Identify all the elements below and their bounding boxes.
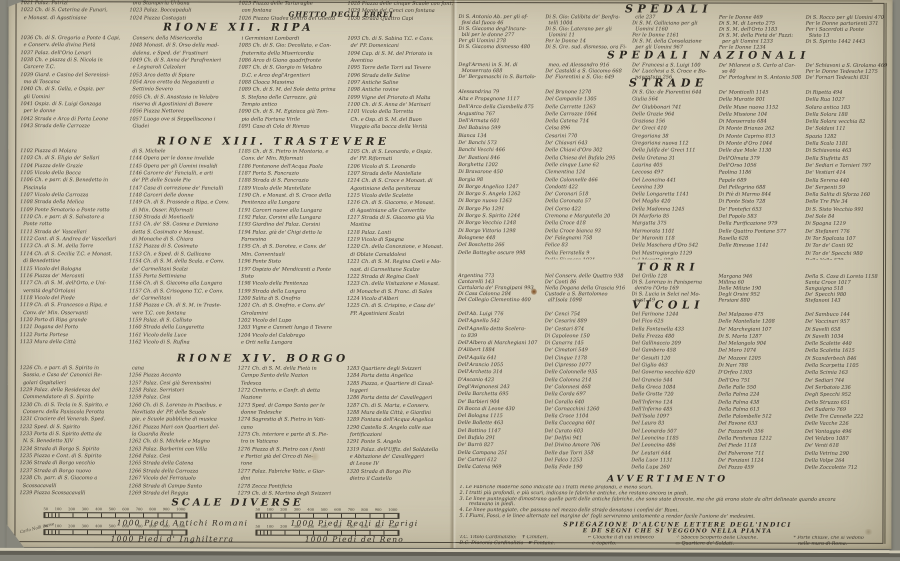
index-entry: 1203 Vigne e Canneti lungo il Tevere <box>238 325 347 333</box>
index-entry: Della Palma 224 <box>718 392 805 399</box>
index-column: De' Schiavoni a S. Girolamo 469Per le Do… <box>806 63 893 85</box>
index-entry: Penitenza alla Lungara <box>238 200 347 208</box>
index-entry: 1085 Ch. di S. Gio: Decollato, e Con- <box>238 43 347 51</box>
tick-label: 1000 <box>176 507 185 511</box>
index-entry: Delle Colonnelle 935 <box>545 370 632 377</box>
index-entry: 1278 Zecca Pontificia <box>238 483 347 491</box>
index-entry: e Orti nella Lungara <box>238 339 347 347</box>
index-entry: de' PP. Riformati <box>347 156 456 164</box>
index-entry: Del Collegio Clementino 400 <box>458 297 545 303</box>
index-column: Di S. Gio: de Fiorentini 644Giulia 564De… <box>632 89 719 259</box>
tick-label: 600 <box>122 507 129 511</box>
tick-label: 100 <box>55 507 62 511</box>
index-entry: 1056 Piazza Nettorea <box>129 109 238 117</box>
index-entry: Della Vetrina 290 <box>805 450 892 457</box>
index-entry: 1157 Ch. di S. Crisogono T.C. e Conv. <box>129 288 238 296</box>
index-entry: 1087 Ch. di S. Giorgio in Velabro <box>238 65 347 73</box>
index-entry: 1267 Vicolo del Ferraiuolo <box>129 475 238 483</box>
index-entry: Delle Grotte 720 <box>631 392 718 399</box>
section-title-torri: TORRI <box>568 261 768 273</box>
index-entry: De' Cesarini 889 <box>545 318 632 325</box>
index-entry: Celsa 896 <box>545 126 632 133</box>
tick-label: 200 <box>68 507 75 511</box>
index-entry: Del Mastrogiorgio 1129 <box>632 250 719 257</box>
index-entry: 1113 Ch. di S. M. della Torre <box>20 244 129 252</box>
tick-label: 500 <box>321 525 328 529</box>
index-column: 1226 Ch. e parr. di S. Spirito in Sassia… <box>20 365 129 501</box>
index-entry: N. S. Benedetto XIV <box>20 439 129 447</box>
index-column: Argentina 773Cantarelli 143Cartularia de… <box>458 273 545 303</box>
tick-label: 300 <box>82 524 89 528</box>
index-entry: 1197 Ospizio de' Mendicanti a Ponte <box>238 266 347 274</box>
spedali-columns: Di S. Antonio Ab. per gli of- fesi dal f… <box>458 14 894 51</box>
tick-label: 100 <box>267 525 274 529</box>
index-column: Per le Donne 469Di S. M. di Loreto 275Di… <box>719 15 806 51</box>
legend-line: D.C. Diaconia Cardinalizia ☛ Fontane. <box>459 541 587 547</box>
index-entry: nast. di Carmelitane Scalze <box>347 266 456 274</box>
index-entry: Del Pozzo 459 <box>718 465 805 472</box>
rione-ripa-columns: 1036 Ch. di S. Gregorio a Ponte 4 Capi, … <box>20 35 456 134</box>
index-entry: Delle Mantellate 1208 <box>718 319 805 326</box>
index-entry: de' Carmelitani Scalzi <box>129 266 238 274</box>
index-entry: Della Valle 579 <box>805 258 892 260</box>
index-entry: De' Barbieri 904 <box>458 399 545 406</box>
index-entry: Della Fontanella 433 <box>631 326 718 333</box>
index-entry: Della Palma 438 <box>718 399 805 406</box>
index-entry: Giulia 564 <box>632 97 719 104</box>
index-entry: Di Ponte Sisto 728 <box>719 199 806 206</box>
index-entry: Del Corallo 640 <box>545 399 632 406</box>
index-entry: De' Cimatori 549 <box>545 348 632 355</box>
tick-label: 300 <box>82 507 89 511</box>
index-entry: 1195 Ch. di S. Dorotea, e Conv. de' <box>238 244 347 252</box>
index-column: 1093 Ch. di S. Sabina T.C. e Conv. de' P… <box>347 36 456 134</box>
index-entry: 1199 Strada della Lungara <box>238 288 347 296</box>
index-entry: Delle Muse nuova 1152 <box>719 104 806 111</box>
index-entry: Della Fiumara 1031 <box>545 257 632 259</box>
index-entry: dietro il Castello <box>347 476 456 484</box>
tick-label: 300 <box>294 508 301 512</box>
tick-label: 200 <box>280 525 287 529</box>
index-entry: Paolina 1186 <box>719 170 806 177</box>
section-title-spedali-nazionali: SPEDALI NAZIONALI <box>568 49 848 62</box>
index-entry: 1198 Vicolo della Penitenza <box>238 281 347 289</box>
index-entry: vere T.C. con fontana <box>129 310 238 318</box>
index-entry: 1193 Giardino del Palaz. Corsini <box>238 222 347 230</box>
index-entry: Delle Rimesse 1141 <box>718 243 805 250</box>
index-entry: Degli Specchi 952 <box>805 392 892 399</box>
index-entry: De' Bergamaschi in S. Bartolo- <box>458 74 545 80</box>
index-entry: Della Fede 190 <box>544 464 631 471</box>
index-entry: Delle Chiavi d'Oro 302 <box>545 148 632 155</box>
index-entry: Di S. Spirito 1442 1443 <box>806 39 893 45</box>
index-entry: Nazione <box>238 395 347 403</box>
index-entry: Della Purificazione 979 <box>718 221 805 228</box>
index-column: Del Brunone 1270Del Campanile 1305Delle … <box>545 89 632 259</box>
index-entry: Viaggio alla bocca della Verità <box>347 124 456 132</box>
tick-label: 700 <box>136 524 143 528</box>
index-entry: 1108 Strada della Melica <box>20 200 129 208</box>
index-entry: 1106 Ch. e parr. di S. Benedetto in <box>20 177 129 185</box>
index-entry: Alta e Propagnone 1117 <box>458 96 545 103</box>
index-entry: Del Moretto 980 <box>632 257 719 259</box>
tick-label: 600 <box>122 524 129 528</box>
section-title-vicoli: VICOLI <box>568 298 768 311</box>
index-entry: Delle Botteghe oscure 998 <box>458 250 545 257</box>
index-entry: Carcere T.C. <box>20 64 129 72</box>
index-entry: 1256 Piazza Accanto <box>129 373 238 381</box>
index-entry: Scossacavalli <box>20 483 129 491</box>
index-entry: Della Barchetta 695 <box>458 391 545 398</box>
tick-label: 700 <box>348 508 355 512</box>
index-entry: Della Ferratella 9 <box>545 250 632 257</box>
legend-group-porte: * Porte chiuse, che si vedono nelle mura… <box>793 536 893 549</box>
index-entry: 1091 Casa di Cola di Rienzo <box>238 124 347 132</box>
index-entry: 1289 Fontana dell'Acqua Angelica <box>347 417 456 425</box>
index-entry: Marmorata 1101 <box>632 228 719 235</box>
tick-label: 900 <box>163 524 170 528</box>
tick-label: 600 <box>334 508 341 512</box>
index-entry: Settimio Severo <box>129 87 238 95</box>
index-entry: De' Fornari Tedeschi 831 <box>806 75 893 81</box>
index-entry: 1291 Ponte S. Angelo <box>347 439 456 447</box>
index-entry: Di Tor de' Specchi 980 <box>805 250 892 257</box>
index-column: 1021 Palaz. Patrizi1022 Ch. di S. Cateri… <box>21 0 130 28</box>
tick-label: 400 <box>95 524 102 528</box>
index-entry: di Monache di S. Franc. di Sales <box>347 288 456 296</box>
index-entry: 1098 Antiche rovine <box>347 87 456 95</box>
scale-bar-subdivision <box>256 514 270 518</box>
scale-ticks: 501002003004005006007008009001000 <box>255 525 397 529</box>
index-entry: 1284 Porta detta Angelica <box>347 373 456 381</box>
index-entry: Del Leoncino 441 <box>632 177 719 184</box>
index-entry: Delle Bollette 463 <box>458 420 545 427</box>
index-entry: Del Polverone 711 <box>718 450 805 457</box>
tick-label: 1000 <box>176 524 185 528</box>
index-entry: 1158 Piazza e Ch. di S. M. in Traste- <box>129 303 238 311</box>
index-entry: Del Governo vecchio 620 <box>631 370 718 377</box>
strade-columns: Alessandrina 79Alta e Propagnone 1117Del… <box>458 89 894 260</box>
index-entry: 1121 Dogana del Porto <box>20 324 129 332</box>
index-column: Di S. Antonio Ab. per gli of- fesi dal f… <box>458 14 545 50</box>
index-entry: Della Lupa 260 <box>631 465 718 472</box>
index-entry: Delle Colonnelle 466 <box>545 177 632 184</box>
index-column: Degl'Armeni in S. M. di Monserrato 688De… <box>458 62 545 84</box>
index-column: Dell'Ab. Luigi 776Dell'Agnello 542Dell'A… <box>458 311 545 475</box>
section-title-avvertimento: AVVERTIMENTO <box>568 474 768 484</box>
tick-label: 50 <box>255 508 260 512</box>
index-entry: Girolamini <box>238 310 347 318</box>
index-entry: 1214 Ch. di S. Croce e Monast. di <box>347 178 456 186</box>
index-entry: Del Campanile 1305 <box>545 96 632 103</box>
index-entry: Dell'Inferno 124 <box>631 399 718 406</box>
index-entry: 1115 Vicolo del Bologna <box>20 266 129 274</box>
index-column: cile 237Di S. M. Galliciano per gli Uomi… <box>632 14 719 50</box>
index-column: di S. Michele1144 Opera per le donne inv… <box>129 148 238 352</box>
section-title-strade: STRADE <box>568 76 768 89</box>
index-entry: Del Babuino 599 <box>458 126 545 133</box>
tick-label: 50 <box>44 507 49 511</box>
index-entry: Della Muratte 801 <box>719 97 806 104</box>
scale-label: 1000 Piedi del Reno <box>247 535 461 544</box>
legend-group-sbocco: ⁘ Sbocco Scoperto delle Cloache.▭ Quarti… <box>675 535 793 548</box>
index-entry: De' Vaccinari 957 <box>805 319 892 326</box>
index-entry: 1048 Monast. di S. Orso della mad- <box>129 43 238 51</box>
engraving-sheet: 1021 Palaz. Patrizi1022 Ch. di S. Cateri… <box>0 0 900 561</box>
tick-label: 200 <box>68 524 75 528</box>
index-entry: Del Pavone 633 <box>718 421 805 428</box>
index-entry: Della Rua 1027 <box>806 97 893 104</box>
legend-row: T.C. Titolo Cardinalizio: ✝ Cimiteri.D.C… <box>459 535 895 549</box>
index-entry: D'Alibert 1884 <box>458 348 545 355</box>
index-entry: 1101 Vicolo della Torretta <box>347 109 456 117</box>
index-entry: Del Divino Amore 706 <box>544 443 631 450</box>
avvertimento-line: 5. I Fiumi, Fossi, e le linee alternate … <box>459 514 895 521</box>
index-entry: Del Boschetto 266 <box>458 242 545 249</box>
index-entry: pie, e Scuole pubbliche di musica <box>129 417 238 425</box>
index-entry: Di Savelli 658 <box>805 326 892 333</box>
index-entry: 1156 Ch. di S. Giacomo alla Lungara <box>129 281 238 289</box>
index-entry: 1238 Ch. parr. di S. Giacomo a <box>20 475 129 483</box>
index-entry: Sassia, e Casa de' Canonici Re- <box>20 372 129 380</box>
index-entry: e Conserv. della divina Pietà <box>20 42 129 50</box>
index-entry: Del Moro 1074 <box>718 348 805 355</box>
index-entry: Leccosa 497 <box>632 170 719 177</box>
index-entry: 1216 Ch. di S. Giacomo, e Monast. <box>347 200 456 208</box>
scale-ticks: 501002003004005006007008009001000 <box>255 508 397 512</box>
index-entry: PP. Agostiniani Scalzi <box>347 310 456 318</box>
index-entry: 1022 Ch. di S. Caterina de Funari, <box>21 7 130 15</box>
tick-label: 100 <box>55 524 62 528</box>
index-entry: tro in Vaticano <box>238 439 347 447</box>
index-entry: Delle Tre Pile 34 <box>805 199 892 206</box>
section-title-rione-ripa: RIONE XII. RIPA <box>139 21 339 33</box>
index-entry: De' Marchegiani 107 <box>718 326 805 333</box>
index-column: 1036 Ch. di S. Gregorio a Ponte 4 Capi, … <box>20 35 129 133</box>
index-column: De' Monticelli 1145Della Muratte 801Dell… <box>718 90 805 260</box>
index-entry: Dell'Archetto 314 <box>458 369 545 376</box>
index-entry: Delle Zoccolette 712 <box>805 465 892 472</box>
index-entry: Di Tor de' Conti 92 <box>805 243 892 250</box>
tick-label: 500 <box>321 508 328 512</box>
scale-ticks: 501002003004005006007008009001000 <box>44 507 186 511</box>
index-column: Di Ripetta 494Della Rua 1027Solara antic… <box>805 90 892 260</box>
index-entry: Borgia 98 <box>458 177 545 184</box>
index-entry: e Legnaroli Calzolari <box>129 65 238 73</box>
index-entry: Dell'Agnello detto Scelera- <box>458 326 545 333</box>
index-entry: Della Julifa de' Greci 111 <box>632 148 719 155</box>
index-entry: e Monast. di Agostiniane <box>21 15 130 23</box>
index-entry: Commendatore di S. Spirito <box>20 394 129 402</box>
index-entry: Del Gambero 458 <box>631 348 718 355</box>
index-entry: 1236 Strada di Borgo vecchio <box>20 461 129 469</box>
index-column: Del Farinone 1244Del Fico 625Della Fonta… <box>631 311 718 475</box>
legend-group-cardinal: T.C. Titolo Cardinalizio: ✝ Cimiteri.D.C… <box>459 535 587 548</box>
tick-label: 500 <box>109 524 116 528</box>
tick-label: 1000 <box>388 525 397 529</box>
index-column: Del Sambuco 144De' Vaccinari 957Di Savel… <box>805 312 892 476</box>
index-column: 1283 Quartiere degli Svizzeri1284 Porta … <box>347 366 456 502</box>
index-column: cana1256 Piazza Accanto1257 Palaz. Cesi … <box>129 365 238 501</box>
tick-label: 800 <box>149 507 156 511</box>
tick-label: 400 <box>307 508 314 512</box>
index-entry: Della Catena 969 <box>458 464 545 471</box>
index-entry: Di Borgo Vittorio 1298 <box>458 228 545 235</box>
index-entry: 1095 Torre delle Torri sul Tevere <box>347 65 456 73</box>
index-entry: De' Stefaneri 776 <box>805 228 892 235</box>
index-column: Di S. Rocco per gli Uomini 470Per le Don… <box>806 15 893 51</box>
index-entry: Giudei <box>129 123 238 131</box>
section-title-ghetto: GHETTO DEGLI EBREI <box>289 10 449 19</box>
index-entry: De' Soldani 111 <box>805 126 892 133</box>
index-column: Conserv. della Misericordia1048 Monast. … <box>129 35 238 133</box>
rione-trastevere-columns: 1102 Piazza di Molara1103 Ch. di S. Elig… <box>20 148 456 353</box>
index-entry: Della Scimia 163 <box>805 370 892 377</box>
scale-ticks: 501002003004005006007008009001000 <box>43 524 185 528</box>
paper: 1021 Palaz. Patrizi1022 Ch. di S. Cateri… <box>7 0 892 549</box>
section-title-rione-borgo: RIONE XIV. BORGO <box>138 352 388 365</box>
index-entry: 1221 Ch. di S. M. Regina Coeli e Mo- <box>347 259 456 267</box>
tick-label: 400 <box>307 525 314 529</box>
index-entry: Di Spagna 1219 <box>805 221 892 228</box>
index-entry: Della Cuccagna 601 <box>544 421 631 428</box>
index-entry: 1188 Strada di S. Pancrazio <box>238 178 347 186</box>
index-entry: 1268 Strada di Campo Santo <box>129 483 238 491</box>
index-entry: Solara antica 183 <box>806 104 893 111</box>
index-entry: De' Cestari 874 <box>545 326 632 333</box>
index-entry: 1144 Opera per le donne invalide <box>129 156 238 164</box>
index-entry: 1160 Strada della Lungaretta <box>129 325 238 333</box>
index-entry: 1154 Ch. di S. M. della Scala, e Conv. <box>129 258 238 266</box>
index-entry: 1117 Ch. di S. M. dell'Orto, e Uni- <box>20 280 129 288</box>
tick-label: 800 <box>361 525 368 529</box>
index-entry: Margutta 375 <box>632 221 719 228</box>
index-entry: Di S. Giacomo dismesso 480 <box>458 44 545 50</box>
vicoli-columns: Dell'Ab. Luigi 776Dell'Agnello 542Dell'A… <box>458 311 894 476</box>
index-entry: 1231 Crociere del Venerab. Sped. <box>20 417 129 425</box>
index-entry: De' Venti 618 <box>805 443 892 450</box>
index-entry: 1239 Piazza Scossacavalli <box>20 490 129 498</box>
index-entry: Della Maschera d'Oro 542 <box>632 243 719 250</box>
index-entry: De' Vestiari 414 <box>805 170 892 177</box>
index-entry: Delle Quattro Fontane 577 <box>718 228 805 235</box>
index-column: Alessandrina 79Alta e Propagnone 1117Del… <box>458 89 545 259</box>
avvertimento-line: 3. Le linee punteggiate dimostrano quell… <box>460 497 896 504</box>
index-entry: e Portici già del Circo di Ne- <box>238 454 347 462</box>
index-entry: 1262 Ch. di S. Michele e Magno <box>129 439 238 447</box>
index-entry: Di Borgo nuovo 1263 <box>458 198 545 205</box>
scale-bar-subdivision <box>44 530 58 534</box>
tick-label: 600 <box>334 525 341 529</box>
index-entry: De' Leutari 644 <box>631 450 718 457</box>
tick-label: 1000 <box>388 508 397 512</box>
tick-label: 900 <box>163 507 170 511</box>
index-entry: 1162 Vicolo di S. Rufina <box>129 339 238 347</box>
index-entry: 1152 Piazza di S. Cosimato <box>129 244 238 252</box>
index-entry: Mastina <box>347 222 456 230</box>
tick-label: 900 <box>375 508 382 512</box>
index-entry: Della Croce 418 <box>545 221 632 228</box>
index-entry: Di Borgo Vecchio 1248 <box>458 220 545 227</box>
index-entry: 1274 Sagrestia di S. Pietro in Vati- <box>238 417 347 425</box>
legend-line: ▭ Quartiere de' Soldati. <box>675 541 793 547</box>
index-entry: Delle due Torri 358 <box>544 450 631 457</box>
index-entry: De' Burrò 827 <box>458 442 545 449</box>
index-column: Di S. Gio: Calibita de' Benfra- telli 10… <box>545 14 632 50</box>
index-entry: Di Monte Brianzo 262 <box>719 126 806 133</box>
index-entry: di Leone IV <box>347 461 456 469</box>
tick-label: 900 <box>375 525 382 529</box>
index-entry: 1149 Ch. di S. Prassede a Ripa, e Conv. <box>129 200 238 208</box>
tick-label: 700 <box>136 507 143 511</box>
index-entry: 1225 Ch. di S. Crispino, e Casa de' <box>347 303 456 311</box>
index-entry: Del Fico 625 <box>631 319 718 326</box>
index-entry: Delle due Mole 1130 <box>719 148 806 155</box>
index-entry: Delle Carrette 1263 <box>545 104 632 111</box>
index-entry: de' PP. delle Scuole Pie <box>129 178 238 186</box>
index-entry: 1265 Strada della Catena <box>129 461 238 469</box>
index-column: 1185 Ch. di S. Pietro in Montorio, e Con… <box>238 149 347 353</box>
section-title-rione-trastevere: RIONE XIII. TRASTEVERE <box>133 135 413 148</box>
scale-bar-subdivision <box>44 513 58 517</box>
index-entry: Dell'Agnello 542 <box>458 318 545 325</box>
index-entry: 1259 Palaz. Cesi <box>129 395 238 403</box>
index-entry: Della Campana 251 <box>458 450 545 457</box>
spiegazione-subtitle: E DE SEGNI CHE SI VEGGONO NELLA PIANTA <box>507 528 847 535</box>
index-entry: Ponte rotto <box>20 222 129 230</box>
index-column: Della S. Casa di Loreto 1158Santa Croce … <box>805 274 892 304</box>
index-entry: 1151 Ch. de' SS. Cosma e Damiano <box>129 222 238 230</box>
index-entry: Della Scaletta 1615 <box>805 348 892 355</box>
tick-label: 800 <box>361 508 368 512</box>
index-column: 1271 Ch. di S. M. della Pietà in Campo S… <box>238 366 347 502</box>
index-entry: Di Schiavonia 463 <box>805 148 892 155</box>
index-entry: Dell'Arco della Ciambella 875 <box>458 104 545 111</box>
index-column: 1102 Piazza di Molara1103 Ch. di S. Elig… <box>20 148 129 352</box>
index-entry: Della Croce bianca 93 <box>545 228 632 235</box>
index-entry: 1040 Ch. di S. Galla, e Ospiz. per <box>20 87 129 95</box>
index-entry: versità degl'Ortolani <box>20 288 129 296</box>
index-entry: Banchi Vecchi 466 <box>458 147 545 154</box>
legend-line: e coperto. <box>587 541 675 547</box>
index-entry: per le donne <box>20 109 129 117</box>
index-entry: Della Corda 697 <box>545 391 632 398</box>
index-entry: Del Leoncino 486 <box>631 443 718 450</box>
index-entry: Clementina 124 <box>545 169 632 176</box>
index-entry: 1223 Ch. della Visitazione e Monast. <box>347 281 456 289</box>
rione-borgo-columns: 1226 Ch. e parr. di S. Spirito in Sassia… <box>20 365 456 502</box>
legend-group-cloache: ⌐ Cloache il di cui imbocco e coperto. <box>587 535 675 548</box>
index-entry: Del Piede 1118 <box>718 443 805 450</box>
index-entry: Dello Struzzo 651 <box>805 399 892 406</box>
index-column: i Germiniani Lombardi1085 Ch. di S. Gio:… <box>238 36 347 134</box>
index-entry: Stefanoni 143 <box>805 298 892 304</box>
index-entry: D'Orfeo 1303 <box>718 370 805 377</box>
tick-label: 100 <box>267 508 274 512</box>
index-entry: Conv. de' Min. Osservanti <box>20 310 129 318</box>
tick-label: 800 <box>149 524 156 528</box>
index-entry: 1161 Vicolo della Luce <box>129 332 238 340</box>
index-entry: Della Serena 440 <box>805 177 892 184</box>
index-entry: 1119 Ch. di S. Francesco a Ripa, e <box>20 302 129 310</box>
avvertimento-text: 1. Le Fabriche moderne sono indicate da … <box>459 485 895 521</box>
index-column: De' Cenci 754De' Cesarini 889De' Cestari… <box>544 311 631 475</box>
index-entry: 1277 Palaz. Fabriche Vatic. e Giar- <box>238 468 347 476</box>
tick-label: 300 <box>294 525 301 529</box>
index-entry: De' Giubbonari 741 <box>632 104 719 111</box>
index-entry: 1103 Ch. di S. Eligio de' Sellari <box>20 155 129 163</box>
index-entry: 1123 Mura della Città <box>20 339 129 347</box>
